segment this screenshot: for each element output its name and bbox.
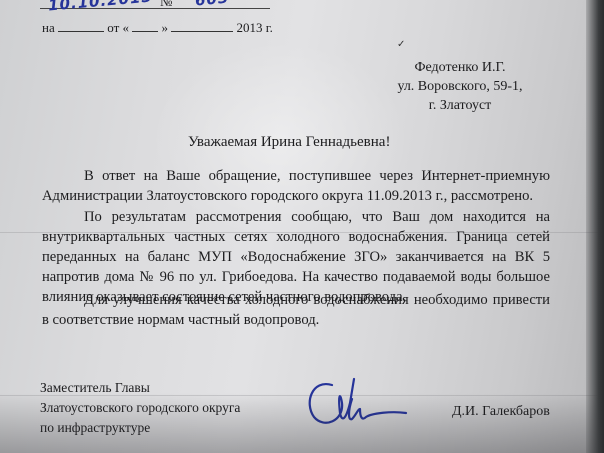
recipient-name: Федотенко И.Г. (385, 58, 535, 77)
shadow (0, 393, 604, 453)
ref-year: 2013 г. (237, 20, 273, 35)
ref-from: от « (107, 20, 129, 35)
body-paragraph-3: Для улучшения качества холодного водосна… (42, 290, 550, 330)
recipient-block: Федотенко И.Г. ул. Воровского, 59-1, г. … (385, 58, 535, 115)
background-edge (586, 0, 604, 453)
ref-prefix: на (42, 20, 55, 35)
number-sign: № (160, 0, 172, 10)
ref-number-blank (58, 19, 104, 32)
ref-close: » (162, 20, 169, 35)
recipient-city: г. Златоуст (385, 96, 535, 115)
check-mark-icon: ✓ (397, 39, 405, 50)
reference-line: на от « » 2013 г. (42, 19, 273, 36)
body-paragraph-1: В ответ на Ваше обращение, поступившее ч… (42, 166, 550, 206)
ref-day-blank (132, 19, 158, 32)
ref-month-blank (171, 19, 233, 32)
greeting: Уважаемая Ирина Геннадьевна! (188, 134, 390, 151)
recipient-street: ул. Воровского, 59-1, (385, 77, 535, 96)
letter-photo: 10.10.2013 № 603 на от « » 2013 г. ✓ Фед… (0, 0, 604, 453)
